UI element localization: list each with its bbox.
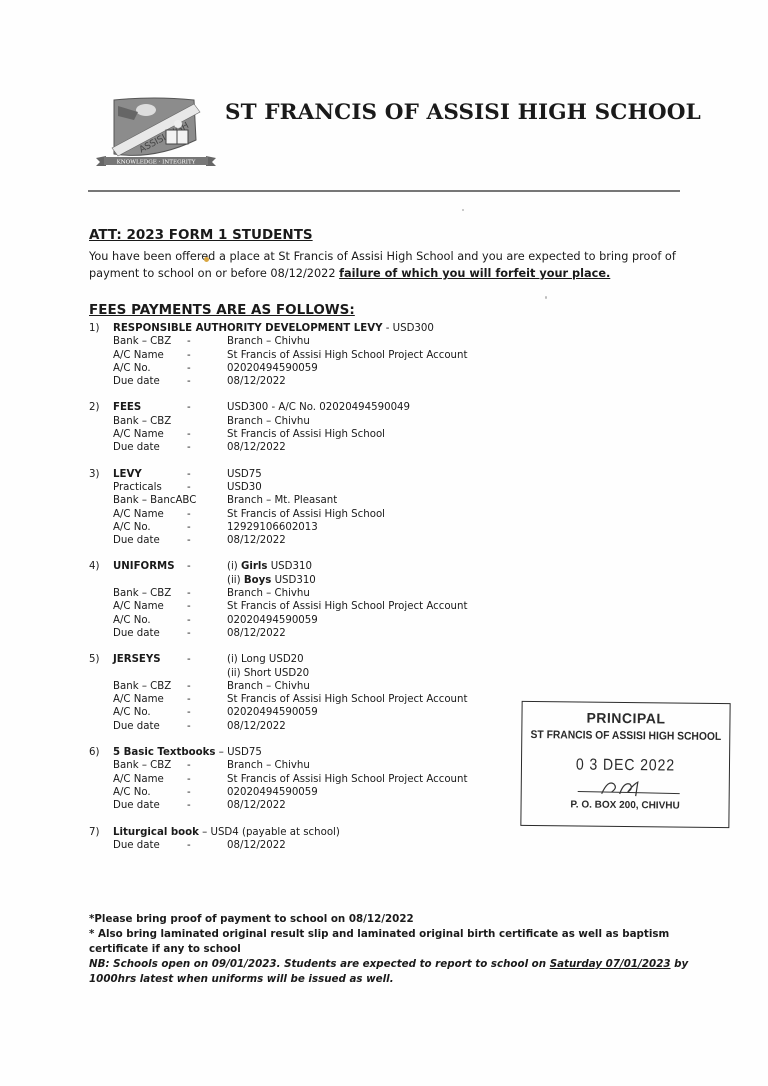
detail-value: 02020494590059 [227,786,529,799]
fee-title-amount: - USD300 [383,323,434,334]
option-prefix: (ii) [227,575,244,586]
detail-label: A/C Name [113,600,187,613]
note-proof-of-payment: *Please bring proof of payment to school… [89,912,689,927]
fee-detail-row: A/C Name-St Francis of Assisi High Schoo… [89,600,529,613]
fee-detail-row: Due date-08/12/2022 [89,375,529,388]
fee-option: (i) Long USD20 [227,653,529,666]
fee-detail-row: Due date-08/12/2022 [89,799,529,812]
fee-title-row: 1)RESPONSIBLE AUTHORITY DEVELOPMENT LEVY… [89,322,529,335]
fee-dash: - [187,560,227,573]
fee-title-amount: – USD4 (payable at school) [199,827,340,838]
detail-label: Due date [113,375,187,388]
fee-title-row: 5)JERSEYS-(i) Long USD20 [89,653,529,666]
detail-dash: - [187,693,227,706]
fee-title-bold: RESPONSIBLE AUTHORITY DEVELOPMENT LEVY [113,323,383,334]
fee-detail-row: A/C No.-02020494590059 [89,706,529,719]
detail-dash: - [187,706,227,719]
fee-detail-row: A/C No.-12929106602013 [89,521,529,534]
header-divider [88,190,680,192]
detail-value: St Francis of Assisi High School Project… [227,693,529,706]
fee-number: 6) [89,746,113,759]
fee-title-bold: 5 Basic Textbooks [113,747,216,758]
attention-heading: ATT: 2023 FORM 1 STUDENTS [89,227,313,243]
detail-value: 08/12/2022 [227,799,529,812]
ink-mark [204,257,209,262]
detail-label: A/C No. [113,362,187,375]
detail-dash: - [187,600,227,613]
detail-value: St Francis of Assisi High School [227,508,529,521]
stamp-address: P. O. BOX 200, CHIVHU [522,799,729,812]
option-prefix: (i) Long USD20 [227,654,304,665]
fee-item: 2)FEES-USD300 - A/C No. 02020494590049Ba… [89,401,529,454]
option-prefix: (i) [227,561,241,572]
fee-item: 1)RESPONSIBLE AUTHORITY DEVELOPMENT LEVY… [89,322,529,388]
school-name: ST FRANCIS OF ASSISI HIGH SCHOOL [225,100,701,125]
detail-dash: - [187,441,227,454]
detail-label: A/C No. [113,614,187,627]
fee-detail-row: Bank – CBZ-Branch – Chivhu [89,680,529,693]
fee-detail-row: Bank – CBZ-Branch – Chivhu [89,587,529,600]
intro-paragraph: You have been offered a place at St Fran… [89,248,689,282]
detail-value: 02020494590059 [227,614,529,627]
principal-stamp: PRINCIPAL ST FRANCIS OF ASSISI HIGH SCHO… [520,701,730,828]
spacer [89,521,113,534]
detail-dash: - [187,839,227,852]
detail-dash: - [187,428,227,441]
fee-detail-row: Due date-08/12/2022 [89,839,529,852]
fee-detail-row: Due date-08/12/2022 [89,441,529,454]
fee-detail-row: A/C No.-02020494590059 [89,614,529,627]
fee-option: (ii) Short USD20 [227,667,529,680]
detail-dash: - [187,508,227,521]
detail-label: A/C No. [113,786,187,799]
fee-option-row: (ii) Short USD20 [89,667,529,680]
spacer [187,574,227,587]
note-documents: * Also bring laminated original result s… [89,927,689,957]
detail-label: Due date [113,627,187,640]
spacer [89,799,113,812]
detail-value: 08/12/2022 [227,441,529,454]
spacer [89,362,113,375]
fee-title: UNIFORMS [113,560,187,573]
spacer [89,614,113,627]
detail-value: St Francis of Assisi High School [227,428,529,441]
detail-label: A/C Name [113,773,187,786]
detail-dash: - [187,521,227,534]
detail-label: Due date [113,720,187,733]
spacer [89,839,113,852]
fee-title: LEVY [113,468,187,481]
detail-label: Bank – CBZ [113,415,187,428]
notes-section: *Please bring proof of payment to school… [89,912,689,987]
detail-dash [187,415,227,428]
detail-label: A/C Name [113,693,187,706]
detail-label: A/C Name [113,349,187,362]
detail-dash: - [187,720,227,733]
detail-value: 08/12/2022 [227,720,529,733]
fee-number: 1) [89,322,113,335]
fee-detail-row: A/C Name-St Francis of Assisi High Schoo… [89,693,529,706]
detail-value: Branch – Chivhu [227,759,529,772]
fee-option: (ii) Boys USD310 [227,574,529,587]
detail-label: Practicals [113,481,187,494]
spacer [89,534,113,547]
fee-title: 5 Basic Textbooks – USD75 [113,746,529,759]
spacer [89,441,113,454]
spacer [89,494,113,507]
spacer [89,375,113,388]
detail-label: A/C Name [113,508,187,521]
detail-label: Due date [113,799,187,812]
detail-dash: - [187,614,227,627]
spacer [89,335,113,348]
nb-prefix: NB: Schools open on 09/01/2023. Students… [89,958,550,970]
fee-item: 4)UNIFORMS-(i) Girls USD310(ii) Boys USD… [89,560,529,640]
spacer [113,574,187,587]
detail-value: Branch – Chivhu [227,415,529,428]
fee-number: 5) [89,653,113,666]
fee-option-row: (ii) Boys USD310 [89,574,529,587]
spacer [89,349,113,362]
spacer [113,667,187,680]
detail-label: A/C No. [113,706,187,719]
detail-dash: - [187,481,227,494]
detail-dash: - [187,587,227,600]
fee-title-row: 7)Liturgical book – USD4 (payable at sch… [89,826,529,839]
spacer [89,574,113,587]
fee-detail-row: A/C No.-02020494590059 [89,362,529,375]
option-prefix: (ii) Short USD20 [227,668,309,679]
detail-dash: - [187,335,227,348]
spacer [89,587,113,600]
fee-dash: - [187,653,227,666]
detail-dash: - [187,773,227,786]
fee-detail-row: Practicals-USD30 [89,481,529,494]
detail-label: Due date [113,534,187,547]
option-suffix: USD310 [267,561,311,572]
document-page: ASSISI HIGH KNOWLEDGE · INTEGRITY ST FRA… [0,0,768,1086]
option-bold: Boys [244,575,271,586]
fee-title-amount: – USD75 [216,747,262,758]
detail-value: St Francis of Assisi High School Project… [227,773,529,786]
fee-title-row: 6)5 Basic Textbooks – USD75 [89,746,529,759]
fee-detail-row: A/C No.-02020494590059 [89,786,529,799]
spacer [89,600,113,613]
fee-number: 7) [89,826,113,839]
spacer [89,667,113,680]
detail-dash: - [187,534,227,547]
fee-detail-row: Due date-08/12/2022 [89,627,529,640]
detail-value: Branch – Chivhu [227,680,529,693]
crest-motto: KNOWLEDGE · INTEGRITY [117,160,196,166]
signature-icon [574,777,684,798]
detail-value: St Francis of Assisi High School Project… [227,349,529,362]
fee-item: 6)5 Basic Textbooks – USD75Bank – CBZ-Br… [89,746,529,812]
detail-value: 08/12/2022 [227,534,529,547]
detail-value: Branch – Mt. Pleasant [227,494,529,507]
fee-title-row: 2)FEES-USD300 - A/C No. 02020494590049 [89,401,529,414]
fee-title: JERSEYS [113,653,187,666]
detail-label: A/C No. [113,521,187,534]
detail-label: A/C Name [113,428,187,441]
fee-detail-row: Bank – CBZ-Branch – Chivhu [89,759,529,772]
fee-dash: - [187,468,227,481]
fees-list: 1)RESPONSIBLE AUTHORITY DEVELOPMENT LEVY… [89,322,529,865]
stamp-title: PRINCIPAL [522,709,729,727]
detail-dash: - [187,786,227,799]
detail-dash: - [187,680,227,693]
fee-number: 3) [89,468,113,481]
detail-value: Branch – Chivhu [227,335,529,348]
spacer [89,508,113,521]
fees-heading: FEES PAYMENTS ARE AS FOLLOWS: [89,302,355,318]
fee-title: Liturgical book – USD4 (payable at schoo… [113,826,529,839]
detail-dash: - [187,362,227,375]
scan-speck [462,209,464,211]
fee-amount: USD75 [227,468,529,481]
fee-item: 5)JERSEYS-(i) Long USD20(ii) Short USD20… [89,653,529,733]
fee-title: RESPONSIBLE AUTHORITY DEVELOPMENT LEVY -… [113,322,529,335]
detail-label: Due date [113,839,187,852]
scan-speck [545,296,547,299]
fee-dash: - [187,401,227,414]
fee-detail-row: Bank – CBZBranch – Chivhu [89,415,529,428]
detail-value: 08/12/2022 [227,839,529,852]
fee-item: 7)Liturgical book – USD4 (payable at sch… [89,826,529,853]
detail-dash: - [187,375,227,388]
detail-value: 02020494590059 [227,706,529,719]
spacer [89,627,113,640]
report-date: Saturday 07/01/2023 [550,958,671,970]
spacer [89,759,113,772]
detail-value: 08/12/2022 [227,627,529,640]
fee-number: 4) [89,560,113,573]
fee-detail-row: A/C Name-St Francis of Assisi High Schoo… [89,508,529,521]
detail-value: St Francis of Assisi High School Project… [227,600,529,613]
detail-label: Due date [113,441,187,454]
spacer [89,481,113,494]
detail-dash: - [187,759,227,772]
detail-label: Bank – CBZ [113,335,187,348]
detail-dash: - [187,799,227,812]
fee-detail-row: A/C Name-St Francis of Assisi High Schoo… [89,349,529,362]
fee-amount: USD300 - A/C No. 02020494590049 [227,401,529,414]
fee-option: (i) Girls USD310 [227,560,529,573]
spacer [89,720,113,733]
fee-detail-row: A/C Name-St Francis of Assisi High Schoo… [89,428,529,441]
spacer [89,693,113,706]
detail-label: Bank – CBZ [113,680,187,693]
detail-dash: - [187,627,227,640]
fee-title-row: 4)UNIFORMS-(i) Girls USD310 [89,560,529,573]
fee-number: 2) [89,401,113,414]
spacer [89,415,113,428]
spacer [89,680,113,693]
fee-title: FEES [113,401,187,414]
detail-dash: - [187,349,227,362]
detail-value: 12929106602013 [227,521,529,534]
fee-title-row: 3)LEVY-USD75 [89,468,529,481]
detail-value: 02020494590059 [227,362,529,375]
fee-item: 3)LEVY-USD75Practicals-USD30Bank – BancA… [89,468,529,548]
detail-value: USD30 [227,481,529,494]
fee-detail-row: Due date-08/12/2022 [89,720,529,733]
school-crest-icon: ASSISI HIGH KNOWLEDGE · INTEGRITY [94,96,218,168]
note-school-opening: NB: Schools open on 09/01/2023. Students… [89,957,689,987]
stamp-school: ST FRANCIS OF ASSISI HIGH SCHOOL [531,729,722,743]
detail-label: Bank – CBZ [113,759,187,772]
detail-value: Branch – Chivhu [227,587,529,600]
forfeit-warning: failure of which you will forfeit your p… [339,267,610,280]
spacer [89,786,113,799]
detail-label: Bank – CBZ [113,587,187,600]
stamp-date: 0 3 DEC 2022 [534,756,716,776]
fee-detail-row: Bank – CBZ-Branch – Chivhu [89,335,529,348]
fee-title-bold: Liturgical book [113,827,199,838]
option-bold: Girls [241,561,267,572]
detail-value: 08/12/2022 [227,375,529,388]
spacer [187,667,227,680]
fee-detail-row: Due date-08/12/2022 [89,534,529,547]
detail-label: Bank – BancABC [113,494,227,507]
option-suffix: USD310 [271,575,315,586]
fee-detail-row: Bank – BancABCBranch – Mt. Pleasant [89,494,529,507]
spacer [89,428,113,441]
spacer [89,706,113,719]
fee-detail-row: A/C Name-St Francis of Assisi High Schoo… [89,773,529,786]
spacer [89,773,113,786]
